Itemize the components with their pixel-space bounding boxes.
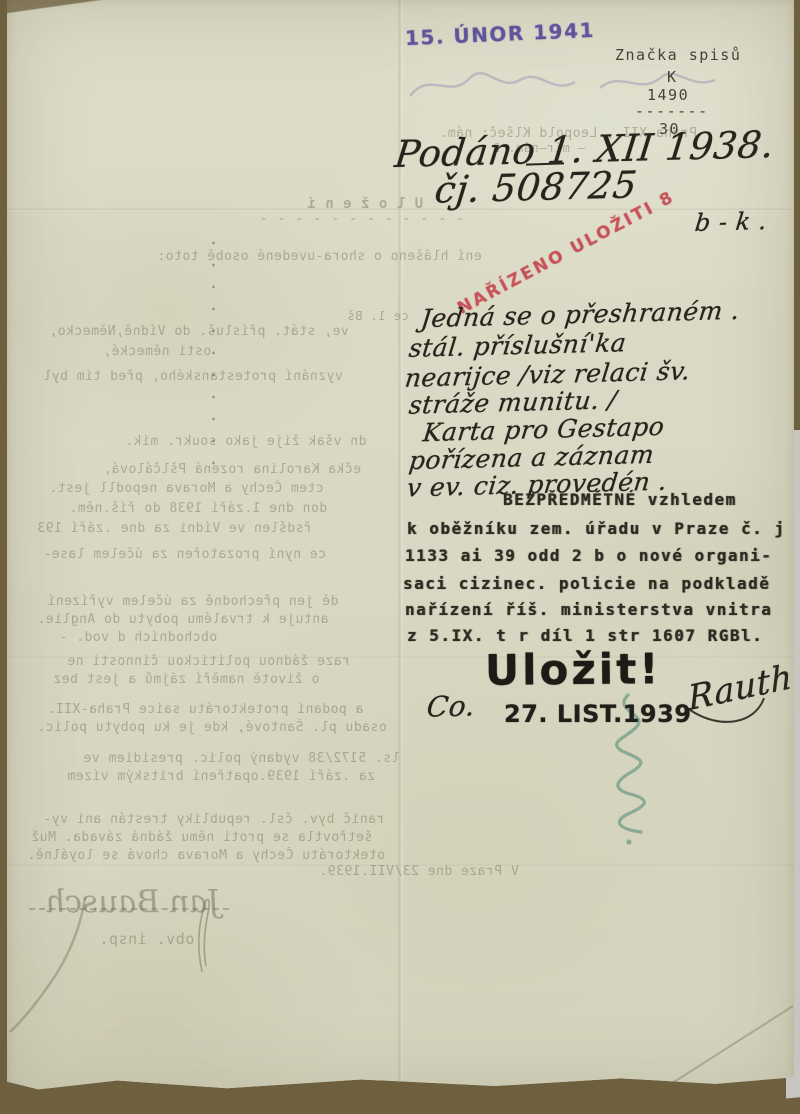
showthrough-line: vyznání protestanského, před tím byl [43,369,343,384]
showthrough-line: za .září 1939.opatření britským vízem [67,769,375,784]
file-mark-divider: ------- [635,102,709,120]
torn-bottom-edge [0,1090,800,1114]
typed-note-line: nařízení říš. ministerstva vnitra [405,600,772,619]
handwritten-note-line: stál. příslušní'ka [407,328,628,363]
showthrough-line: - - - - - - - - - - - - [259,211,464,227]
showthrough-line: osadu pl. Šantové, kde je ku pobytu poli… [37,720,387,735]
showthrough-line: ve, stát. přísluš. do Vídně,Německo, [49,324,349,339]
showthrough-line: obchodních d vod. - [59,630,217,645]
showthrough-line: osti německé, [103,344,211,359]
showthrough-signature: Jan Bausch [42,884,222,920]
handwritten-note-line: b - k . [693,207,768,237]
showthrough-line: raze žádnou politickou činnosti ne [67,654,350,669]
showthrough-line: ce 1. Bš [347,309,409,323]
filed-date-stamp: 27. LIST.1939 [504,700,692,728]
showthrough-line: ls. 5172/38 vydaný polic. presidiem ve [83,751,399,766]
file-mark-letter: K [667,68,678,86]
typed-note-line: k oběžníku zem. úřadu v Praze č. j [407,519,786,538]
showthrough-line: šetřovtla se proti němu žádná závada. Mu… [31,830,372,845]
showthrough-line: ctem Čechy a Morava nepodll jest. [49,481,324,496]
showthrough-line: don dne 1.září 1938 do říš.něm. [69,501,327,516]
document-page: Praha XII., Leopold Klšeč: nám.— mír—nám… [7,0,794,1097]
showthrough-line: dn však žije jako soukr. mik. [125,434,366,449]
scanned-document: Praha XII., Leopold Klšeč: nám.— mír—nám… [0,0,800,1114]
showthrough-line: ečka Karolina rozená Pšlčálová, [103,462,361,477]
received-date-stamp: 15. ÚNOR 1941 [405,18,596,50]
file-mark-label: Značka spisů [615,46,741,64]
typed-note-line: BEZPŘEDMĚTNÉ vzhledem [503,490,737,509]
typed-note-line: 1133 ai 39 odd 2 b o nové organi- [405,546,772,565]
showthrough-line: řsdšlen ve Vídni za dne .září 193 [37,521,312,536]
showthrough-line: o životě naměří zájmů a jest bez [53,672,319,687]
showthrough-line: ení hlášeno o shora-uvedené osobě toto: [157,249,482,264]
handwritten-note-line: Rauth [687,657,794,719]
showthrough-line: a podaní protektorátu saice Praha-XII. [47,702,363,717]
handwritten-note-line: čj. 508725 [433,163,640,211]
ulozit-stamp: Uložit! [485,644,662,695]
corner-fold-line [655,1006,793,1094]
showthrough-line: otektorátu Čechy a Morava chová se loyál… [27,848,385,863]
handwritten-note-line: Co. [425,689,477,723]
showthrough-line: V Praze dne 23/VII.1939. [319,864,519,879]
green-paraph-dot [626,839,631,844]
showthrough-line: ranič byv. čsl. republiky trestán ani vy… [43,812,384,827]
torn-corner-top-left [7,0,127,16]
showthrough-line: U l o ž e n í [307,196,423,212]
showthrough-line: ce nyní prozatořen za účelem lase- [43,547,326,562]
typed-note-line: saci cizinec. policie na podkladě [403,574,770,593]
typed-note-line: z 5.IX. t r díl 1 str 1607 RGBl. [407,626,763,645]
showthrough-line: antuje k trvalému pobytu do Anglie. [37,612,328,627]
showthrough-signature-title: obv. insp. [99,930,194,948]
showthrough-line: dě jen přechodně za účelem vyřízení [47,594,338,609]
